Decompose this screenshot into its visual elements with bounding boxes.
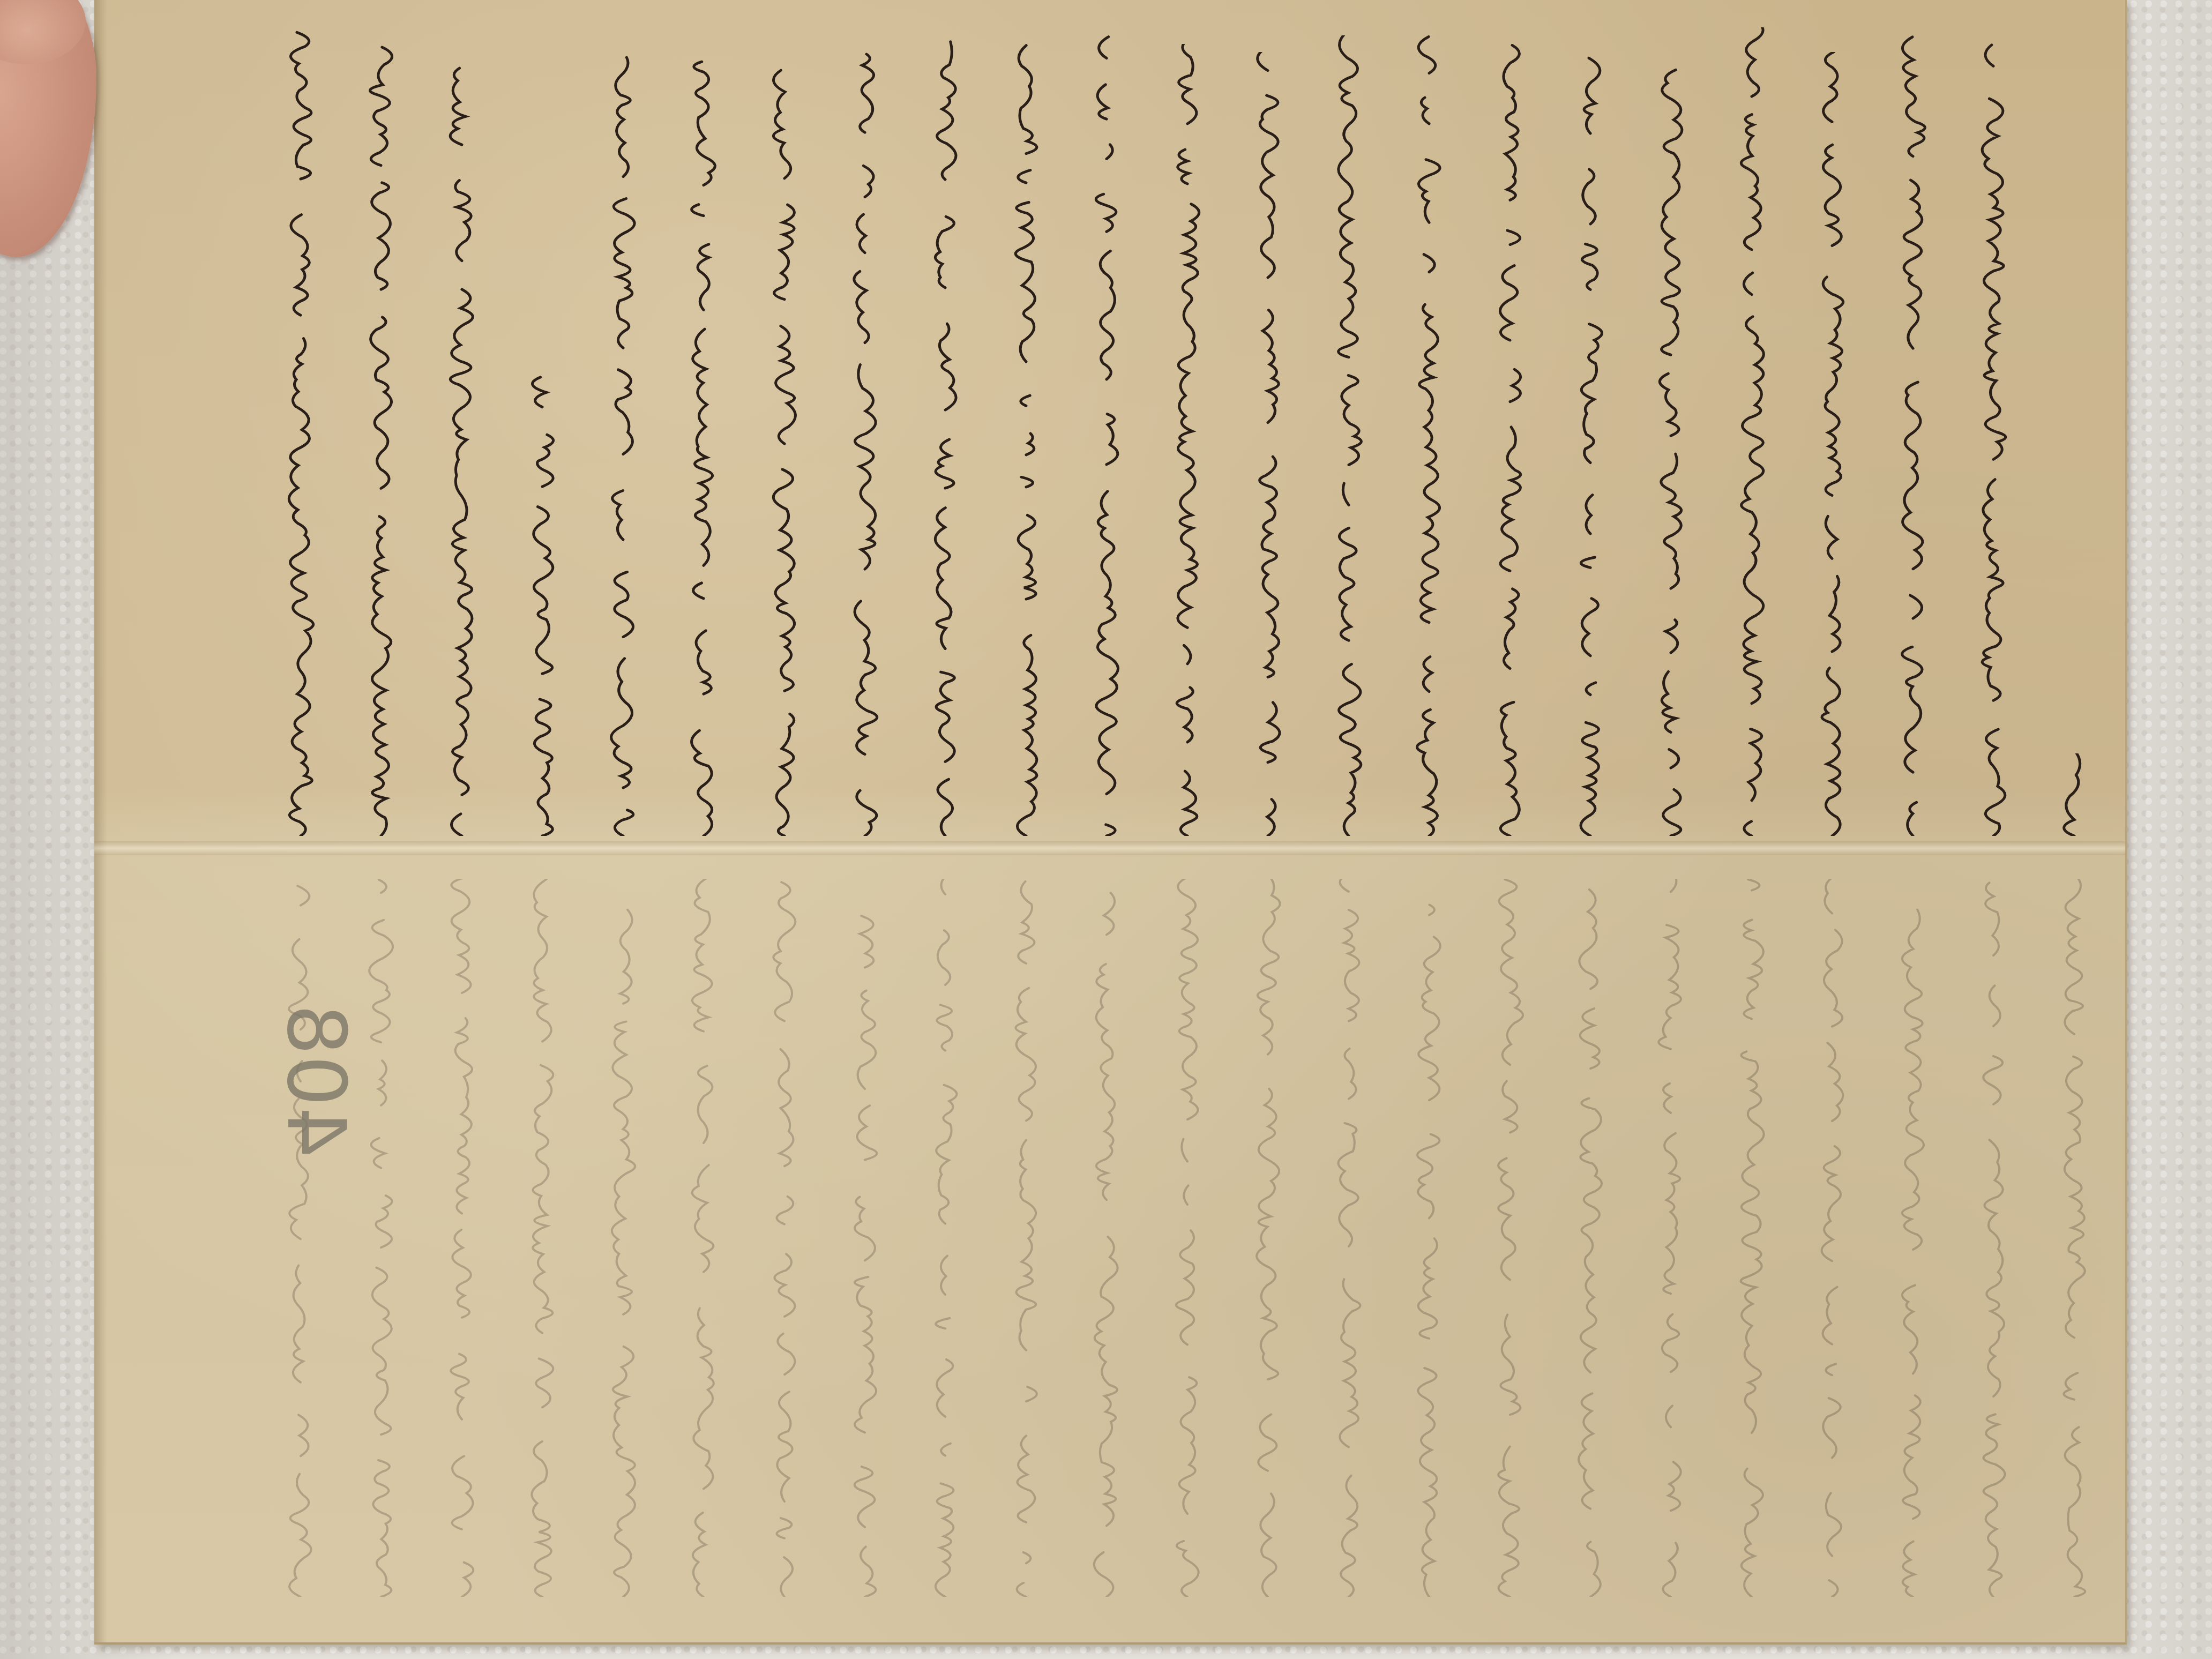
handwritten-line bbox=[1077, 35, 1136, 836]
handwritten-line bbox=[755, 69, 814, 836]
handwritten-line bbox=[916, 35, 975, 836]
handwritten-line bbox=[1884, 35, 1942, 836]
bleed-through-line bbox=[2045, 879, 2104, 1597]
handwritten-line bbox=[1400, 27, 1459, 836]
handwritten-line bbox=[432, 52, 491, 836]
bleed-through-line bbox=[674, 879, 733, 1597]
handwritten-line bbox=[835, 52, 894, 836]
bleed-through-line bbox=[755, 879, 814, 1597]
handwritten-line bbox=[352, 44, 410, 836]
handwritten-line bbox=[2045, 753, 2104, 836]
handwritten-line bbox=[997, 27, 1056, 836]
bleed-through-line bbox=[916, 879, 975, 1597]
bleed-through-line bbox=[1481, 879, 1540, 1597]
bleed-through-line bbox=[835, 879, 894, 1597]
page-number: 408 bbox=[269, 1004, 362, 1157]
bleed-through-line bbox=[1400, 879, 1459, 1597]
bleed-through-line bbox=[513, 879, 572, 1597]
handwritten-line bbox=[1158, 44, 1217, 836]
handwritten-line bbox=[1803, 52, 1862, 836]
handwritten-line bbox=[674, 60, 733, 836]
bleed-through-text bbox=[271, 857, 2125, 1618]
bleed-through-line bbox=[1884, 879, 1942, 1597]
bleed-through-line bbox=[1964, 879, 2023, 1597]
handwritten-line bbox=[513, 357, 572, 836]
bleed-through-line bbox=[1803, 879, 1862, 1597]
bleed-through-line bbox=[1561, 879, 1620, 1597]
bleed-through-line bbox=[1641, 879, 1700, 1597]
bleed-through-line bbox=[1158, 879, 1217, 1597]
bleed-through-line bbox=[271, 879, 330, 1597]
bleed-through-line bbox=[1238, 879, 1297, 1597]
handwritten-line bbox=[271, 27, 330, 836]
bleed-through-line bbox=[352, 879, 410, 1597]
bleed-through-line bbox=[1077, 879, 1136, 1597]
handwritten-line bbox=[1964, 35, 2023, 836]
manuscript-page: 408 bbox=[94, 0, 2127, 1645]
handwritten-line bbox=[1319, 35, 1378, 836]
handwritten-line bbox=[1722, 27, 1781, 836]
handwritten-line bbox=[1561, 52, 1620, 836]
handwritten-line bbox=[1641, 35, 1700, 836]
handwritten-line bbox=[1481, 44, 1540, 836]
bleed-through-line bbox=[432, 879, 491, 1597]
bleed-through-line bbox=[1722, 879, 1781, 1597]
bleed-through-line bbox=[1319, 879, 1378, 1597]
page-edge-shadow bbox=[94, 0, 107, 1642]
bleed-through-line bbox=[997, 879, 1056, 1597]
bleed-through-line bbox=[594, 879, 653, 1597]
handwritten-line bbox=[1238, 52, 1297, 836]
handwritten-text-block bbox=[271, 11, 2125, 847]
handwritten-line bbox=[594, 52, 653, 836]
